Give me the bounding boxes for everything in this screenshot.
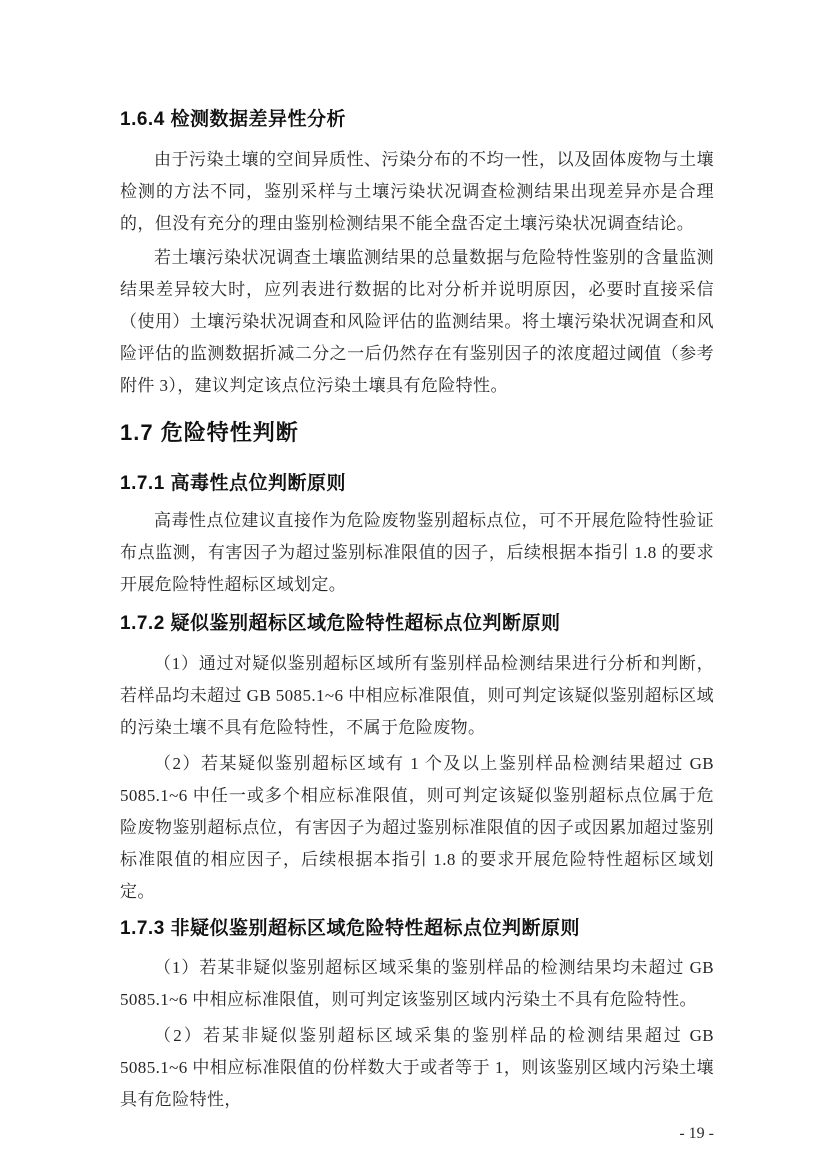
heading-1-7-1: 1.7.1 高毒性点位判断原则 bbox=[120, 472, 714, 496]
heading-1-6-4: 1.6.4 检测数据差异性分析 bbox=[120, 108, 714, 132]
page-number: - 19 - bbox=[120, 1124, 714, 1144]
document-content: 1.6.4 检测数据差异性分析 由于污染土壤的空间异质性、污染分布的不均一性，以… bbox=[120, 0, 714, 1144]
document-page: 1.6.4 检测数据差异性分析 由于污染土壤的空间异质性、污染分布的不均一性，以… bbox=[0, 0, 826, 1169]
paragraph-1-7-2-1: （1）通过对疑似鉴别超标区域所有鉴别样品检测结果进行分析和判断，若样品均未超过 … bbox=[120, 648, 714, 744]
heading-1-7-2: 1.7.2 疑似鉴别超标区域危险特性超标点位判断原则 bbox=[120, 612, 714, 636]
paragraph-1-6-4-2: 若土壤污染状况调查土壤监测结果的总量数据与危险特性鉴别的含量监测结果差异较大时，… bbox=[120, 242, 714, 402]
heading-1-7-3: 1.7.3 非疑似鉴别超标区域危险特性超标点位判断原则 bbox=[120, 917, 714, 941]
paragraph-1-7-3-1: （1）若某非疑似鉴别超标区域采集的鉴别样品的检测结果均未超过 GB 5085.1… bbox=[120, 952, 714, 1016]
paragraph-1-7-1-1: 高毒性点位建议直接作为危险废物鉴别超标点位，可不开展危险特性验证布点监测，有害因… bbox=[120, 505, 714, 601]
paragraph-1-7-2-2: （2）若某疑似鉴别超标区域有 1 个及以上鉴别样品检测结果超过 GB 5085.… bbox=[120, 748, 714, 908]
paragraph-1-6-4-1: 由于污染土壤的空间异质性、污染分布的不均一性，以及固体废物与土壤检测的方法不同，… bbox=[120, 144, 714, 240]
heading-1-7: 1.7 危险特性判断 bbox=[120, 418, 714, 448]
paragraph-1-7-3-2: （2）若某非疑似鉴别超标区域采集的鉴别样品的检测结果超过 GB 5085.1~6… bbox=[120, 1020, 714, 1116]
